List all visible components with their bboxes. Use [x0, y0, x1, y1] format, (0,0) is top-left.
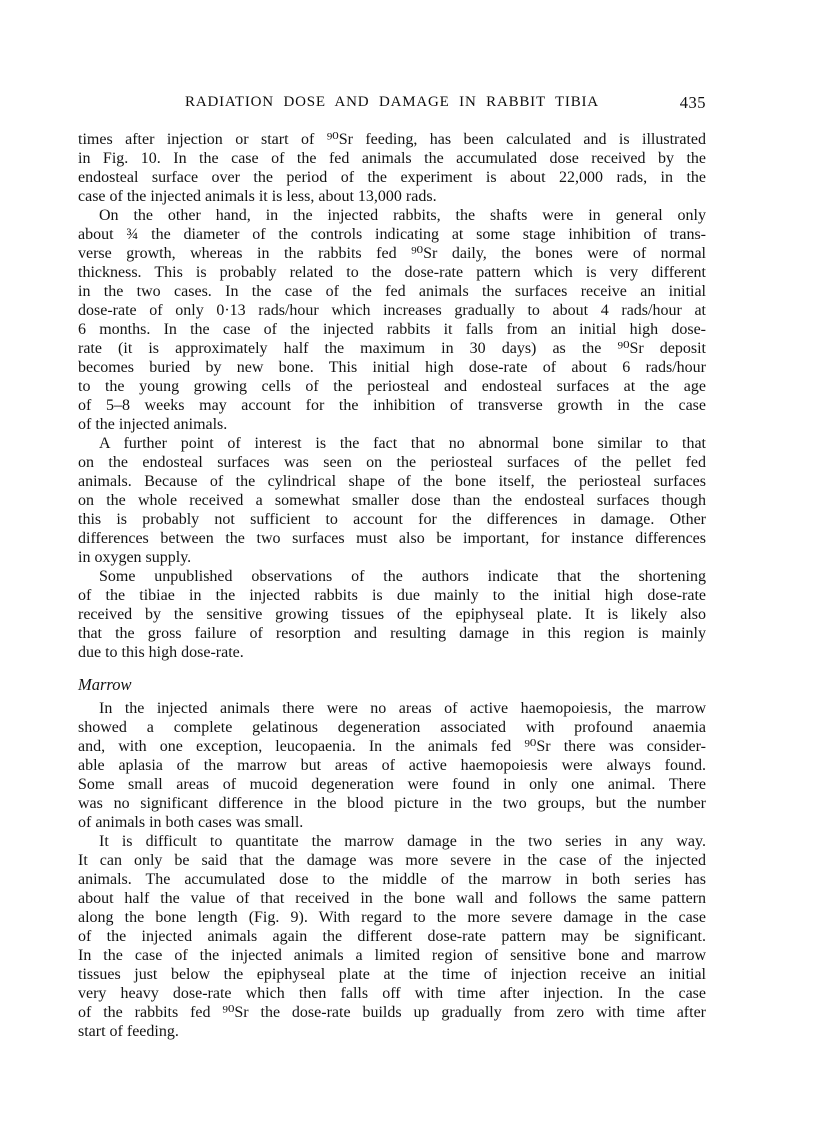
text-line: this is probably not sufficient to accou…	[78, 510, 706, 529]
text-line: rate (it is approximately half the maxim…	[78, 339, 706, 358]
text-line: that the gross failure of resorption and…	[78, 624, 706, 643]
text-line: in Fig. 10. In the case of the fed anima…	[78, 149, 706, 168]
scanned-page: RADIATION DOSE AND DAMAGE IN RABBIT TIBI…	[0, 0, 816, 1144]
text-line: In the injected animals there were no ar…	[78, 699, 706, 718]
text-line: was no significant difference in the blo…	[78, 794, 706, 813]
text-line: to the young growing cells of the perios…	[78, 377, 706, 396]
text-line: very heavy dose-rate which then falls of…	[78, 984, 706, 1003]
text-line: about ¾ the diameter of the controls ind…	[78, 225, 706, 244]
section-heading-marrow: Marrow	[78, 675, 706, 694]
text-line: Some unpublished observations of the aut…	[78, 567, 706, 586]
text-line: On the other hand, in the injected rabbi…	[78, 206, 706, 225]
page-number: 435	[680, 93, 706, 113]
text-line: endosteal surface over the period of the…	[78, 168, 706, 187]
text-line: received by the sensitive growing tissue…	[78, 605, 706, 624]
text-line: on the endosteal surfaces was seen on th…	[78, 453, 706, 472]
text-line: due to this high dose-rate.	[78, 643, 706, 662]
text-body: times after injection or start of ⁹⁰Sr f…	[78, 130, 706, 1041]
text-line: of the injected animals.	[78, 415, 706, 434]
text-line: of 5–8 weeks may account for the inhibit…	[78, 396, 706, 415]
text-line: dose-rate of only 0·13 rads/hour which i…	[78, 301, 706, 320]
text-line: times after injection or start of ⁹⁰Sr f…	[78, 130, 706, 149]
text-line: along the bone length (Fig. 9). With reg…	[78, 908, 706, 927]
text-line: It can only be said that the damage was …	[78, 851, 706, 870]
text-line: case of the injected animals it is less,…	[78, 187, 706, 206]
text-line: differences between the two surfaces mus…	[78, 529, 706, 548]
text-line: in oxygen supply.	[78, 548, 706, 567]
text-line: of the injected animals again the differ…	[78, 927, 706, 946]
text-line: A further point of interest is the fact …	[78, 434, 706, 453]
text-line: showed a complete gelatinous degeneratio…	[78, 718, 706, 737]
text-line: about half the value of that received in…	[78, 889, 706, 908]
text-line: 6 months. In the case of the injected ra…	[78, 320, 706, 339]
text-line: verse growth, whereas in the rabbits fed…	[78, 244, 706, 263]
text-line: becomes buried by new bone. This initial…	[78, 358, 706, 377]
text-line: able aplasia of the marrow but areas of …	[78, 756, 706, 775]
running-head-title: RADIATION DOSE AND DAMAGE IN RABBIT TIBI…	[78, 94, 706, 111]
text-line: It is difficult to quantitate the marrow…	[78, 832, 706, 851]
text-line: tissues just below the epiphyseal plate …	[78, 965, 706, 984]
text-line: animals. The accumulated dose to the mid…	[78, 870, 706, 889]
text-line: thickness. This is probably related to t…	[78, 263, 706, 282]
running-head: RADIATION DOSE AND DAMAGE IN RABBIT TIBI…	[78, 94, 706, 114]
text-line: in the two cases. In the case of the fed…	[78, 282, 706, 301]
text-column: RADIATION DOSE AND DAMAGE IN RABBIT TIBI…	[78, 94, 706, 1041]
text-line: start of feeding.	[78, 1022, 706, 1041]
text-line: animals. Because of the cylindrical shap…	[78, 472, 706, 491]
text-line: In the case of the injected animals a li…	[78, 946, 706, 965]
text-line: Some small areas of mucoid degeneration …	[78, 775, 706, 794]
text-line: of the tibiae in the injected rabbits is…	[78, 586, 706, 605]
text-line: of animals in both cases was small.	[78, 813, 706, 832]
text-line: on the whole received a somewhat smaller…	[78, 491, 706, 510]
text-line: of the rabbits fed ⁹⁰Sr the dose-rate bu…	[78, 1003, 706, 1022]
text-line: and, with one exception, leucopaenia. In…	[78, 737, 706, 756]
